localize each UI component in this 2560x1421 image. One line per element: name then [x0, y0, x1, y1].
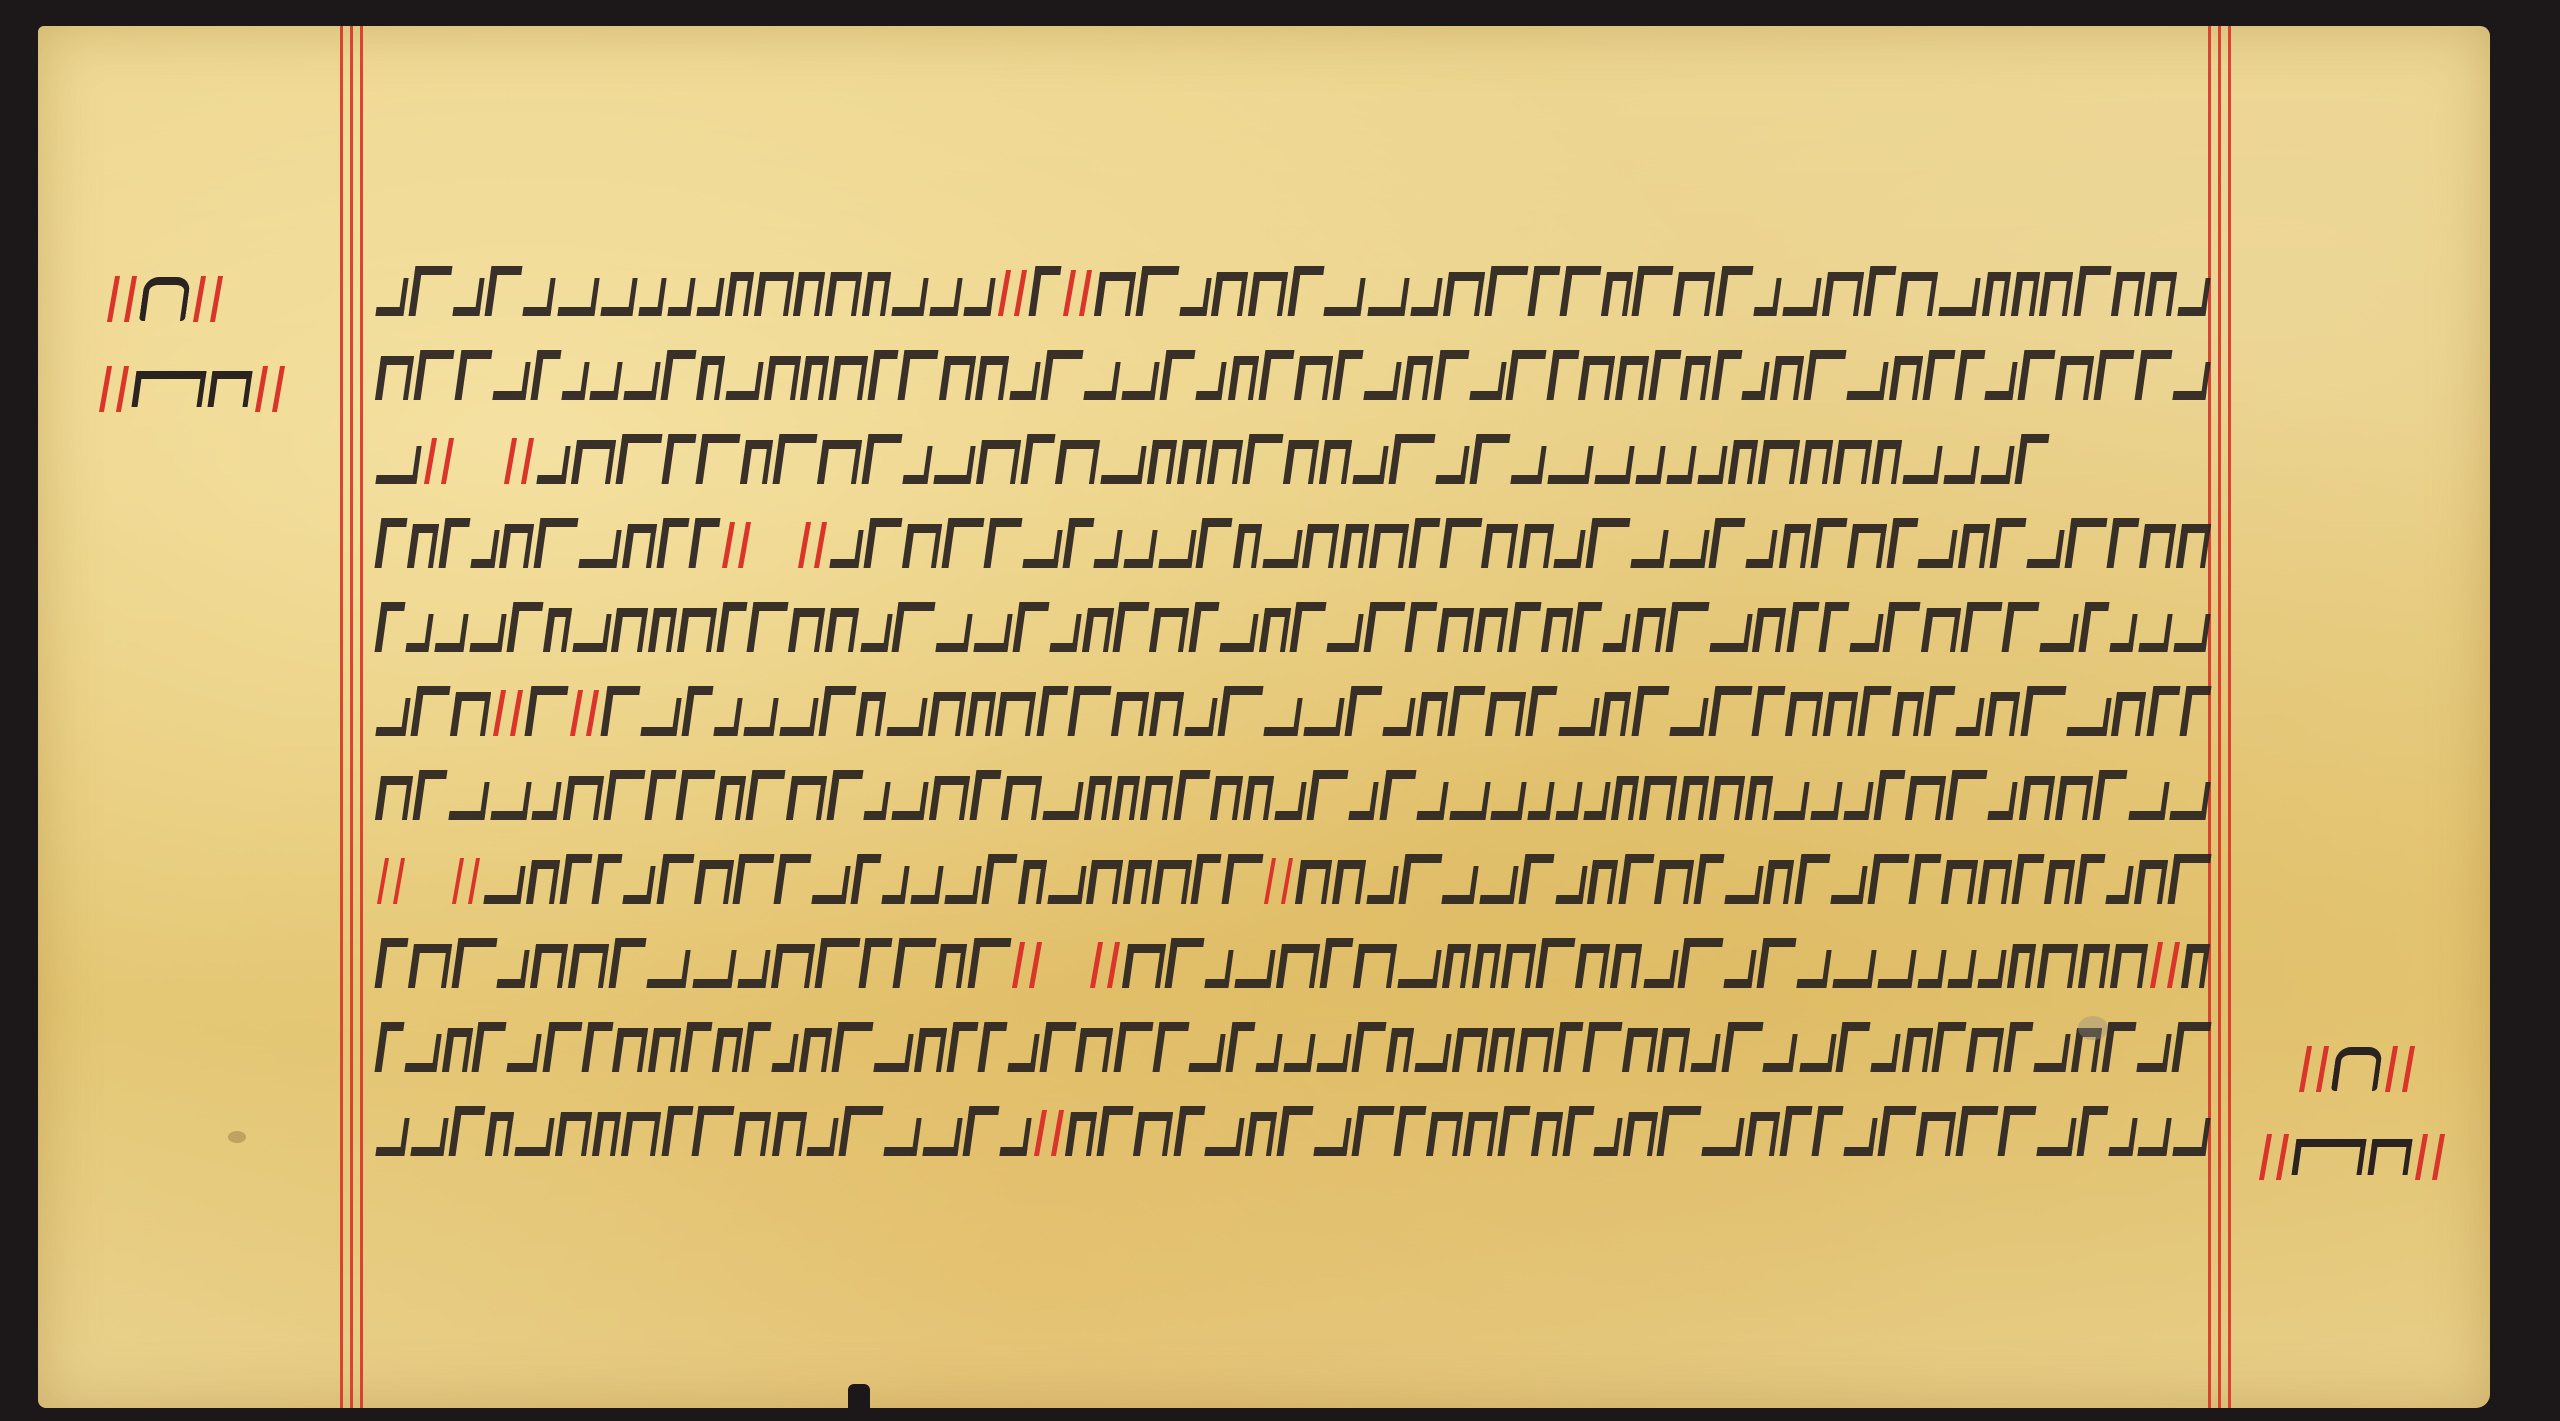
script-glyph [910, 866, 944, 904]
script-glyph [1179, 278, 1211, 316]
script-glyph [1111, 692, 1149, 736]
script-glyph [656, 518, 689, 568]
script-glyph [740, 440, 773, 484]
script-glyph [1433, 350, 1469, 400]
script-glyph [1601, 272, 1633, 316]
script-glyph [1228, 356, 1259, 400]
script-glyph [1274, 782, 1307, 820]
script-glyph [695, 434, 740, 484]
script-glyph [1832, 950, 1877, 988]
red-danda [510, 690, 523, 736]
script-glyph [1770, 356, 1804, 400]
script-glyph [1615, 356, 1649, 400]
script-glyph [667, 278, 695, 316]
script-glyph [829, 530, 863, 568]
script-glyph [1414, 1034, 1451, 1072]
red-danda [1090, 942, 1103, 988]
script-glyph [742, 1022, 772, 1072]
manuscript-leaf [38, 26, 2490, 1408]
script-glyph [1908, 854, 1941, 904]
script-glyph [2134, 350, 2172, 400]
script-glyph [1886, 518, 1918, 568]
red-danda [721, 522, 734, 568]
script-glyph [1818, 602, 1849, 652]
script-glyph [2094, 350, 2135, 400]
script-glyph [2011, 854, 2044, 904]
script-glyph [1055, 440, 1100, 484]
script-glyph [696, 278, 724, 316]
script-glyph [1226, 1022, 1256, 1072]
right-margin-title-mark [2260, 1134, 2444, 1180]
script-glyph [451, 938, 497, 988]
script-glyph [409, 266, 453, 316]
script-glyph [1782, 278, 1821, 316]
script-glyph [1843, 782, 1874, 820]
script-glyph [2106, 866, 2134, 904]
script-glyph [1039, 1022, 1076, 1072]
script-glyph [1262, 530, 1302, 568]
script-glyph [1666, 446, 1696, 484]
script-glyph [862, 272, 891, 316]
script-glyph [1177, 440, 1207, 484]
script-glyph [1437, 608, 1474, 652]
script-glyph [967, 938, 1011, 988]
script-glyph [1864, 266, 1897, 316]
manuscript-line [378, 426, 2208, 484]
script-glyph [1009, 362, 1041, 400]
script-glyph [1435, 446, 1469, 484]
script-glyph [1632, 266, 1674, 316]
script-glyph [1263, 698, 1302, 736]
script-glyph [1709, 776, 1745, 820]
script-glyph [1258, 350, 1294, 400]
script-glyph [1745, 1112, 1780, 1156]
script-glyph [1353, 944, 1397, 988]
red-danda [1034, 1110, 1047, 1156]
script-glyph [1295, 860, 1332, 904]
script-glyph [1810, 518, 1847, 568]
script-glyph [555, 1112, 593, 1156]
script-glyph [929, 776, 970, 820]
ink-stain [228, 1131, 246, 1143]
left-margin-rule [350, 26, 353, 1408]
script-glyph [1259, 608, 1291, 652]
script-glyph [1546, 350, 1579, 400]
script-glyph [648, 608, 677, 652]
script-glyph [725, 272, 754, 316]
script-glyph [590, 362, 623, 400]
script-glyph [725, 362, 764, 400]
script-glyph [1922, 350, 1955, 400]
script-glyph [492, 362, 531, 400]
script-glyph [578, 530, 622, 568]
script-glyph [1799, 1034, 1836, 1072]
script-glyph [1283, 440, 1319, 484]
red-danda [738, 522, 751, 568]
manuscript-line [378, 846, 2208, 904]
script-glyph [774, 854, 812, 904]
red-danda [377, 858, 390, 904]
manuscript-line [378, 678, 2208, 736]
red-danda [424, 438, 437, 484]
script-glyph [1905, 776, 1946, 820]
script-glyph [1243, 776, 1274, 820]
script-glyph [507, 1034, 543, 1072]
script-glyph [1333, 350, 1364, 400]
script-glyph [1603, 614, 1631, 652]
script-glyph [1693, 854, 1724, 904]
script-glyph [829, 356, 868, 400]
script-glyph [532, 782, 563, 820]
script-glyph [2173, 614, 2210, 652]
script-glyph [1742, 362, 1770, 400]
script-glyph [1191, 854, 1222, 904]
script-glyph [448, 1106, 485, 1156]
right-margin-rule [2228, 26, 2231, 1408]
script-glyph [1405, 602, 1438, 652]
script-glyph [1491, 782, 1527, 820]
script-glyph [454, 350, 492, 400]
script-glyph [661, 434, 696, 484]
script-glyph [863, 782, 890, 820]
script-glyph [891, 782, 929, 820]
script-glyph [2055, 776, 2094, 820]
script-glyph [868, 350, 899, 400]
script-glyph [1721, 1022, 1763, 1072]
script-glyph [977, 1022, 1007, 1072]
script-glyph [966, 692, 996, 736]
script-glyph [799, 1028, 832, 1072]
script-glyph [1469, 362, 1506, 400]
script-glyph [2075, 854, 2106, 904]
red-danda [569, 690, 582, 736]
script-glyph [1480, 866, 1519, 904]
script-glyph [1152, 860, 1192, 904]
script-glyph [1715, 266, 1753, 316]
script-glyph [999, 1118, 1032, 1156]
script-glyph [1332, 860, 1366, 904]
script-glyph [832, 1022, 874, 1072]
script-glyph [1812, 1106, 1844, 1156]
script-glyph [1868, 854, 1910, 904]
right-margin-folio-mark [2300, 1046, 2414, 1092]
script-glyph [374, 938, 408, 988]
script-glyph [1121, 944, 1165, 988]
script-glyph [2037, 1118, 2077, 1156]
script-glyph [1843, 1118, 1877, 1156]
script-glyph [1678, 776, 1709, 820]
script-glyph [2020, 686, 2066, 736]
script-glyph [1474, 608, 1508, 652]
red-danda [521, 438, 534, 484]
script-glyph [1319, 938, 1353, 988]
red-danda [441, 438, 454, 484]
script-glyph [1086, 860, 1123, 904]
script-glyph [1763, 1034, 1799, 1072]
script-glyph [2011, 272, 2040, 316]
script-glyph [1485, 692, 1526, 736]
script-glyph [1593, 1118, 1622, 1156]
script-glyph [592, 1112, 621, 1156]
script-glyph [1235, 950, 1276, 988]
script-glyph [1113, 1022, 1153, 1072]
script-glyph [1049, 614, 1081, 652]
script-glyph [375, 698, 410, 736]
script-glyph [807, 1118, 840, 1156]
script-glyph [1998, 1106, 2037, 1156]
script-glyph [469, 614, 506, 652]
script-glyph [1382, 698, 1415, 736]
script-glyph [571, 440, 616, 484]
script-glyph [2108, 1118, 2137, 1156]
script-glyph [1779, 524, 1811, 568]
script-glyph [1303, 698, 1344, 736]
script-glyph [1112, 776, 1140, 820]
script-glyph [861, 434, 902, 484]
script-glyph [772, 434, 817, 484]
script-glyph [515, 1118, 555, 1156]
script-glyph [661, 1106, 693, 1156]
script-glyph [374, 518, 407, 568]
script-glyph [1756, 938, 1796, 988]
script-glyph [1669, 698, 1708, 736]
script-glyph [1723, 950, 1756, 988]
script-glyph [1701, 1118, 1745, 1156]
script-glyph [1547, 446, 1593, 484]
script-glyph [1149, 692, 1184, 736]
script-glyph [1065, 1112, 1097, 1156]
script-glyph [1536, 938, 1576, 988]
script-glyph [1158, 530, 1196, 568]
red-danda [586, 690, 599, 736]
script-glyph [1982, 272, 2011, 316]
script-glyph [1348, 782, 1379, 820]
script-glyph [864, 518, 903, 568]
script-glyph [1796, 950, 1831, 988]
script-glyph [2034, 1034, 2071, 1072]
script-glyph [1978, 860, 2012, 904]
script-glyph [814, 938, 860, 988]
script-glyph [1351, 1106, 1394, 1156]
script-glyph [1956, 698, 1986, 736]
script-glyph [1439, 518, 1482, 568]
script-glyph [1147, 440, 1177, 484]
script-glyph [1648, 350, 1681, 400]
script-glyph [1917, 950, 1946, 988]
script-glyph [1316, 1034, 1352, 1072]
script-glyph [407, 524, 439, 568]
script-glyph [2004, 1022, 2034, 1072]
script-glyph [413, 770, 448, 820]
red-danda [2167, 942, 2180, 988]
script-glyph [1891, 692, 1924, 736]
script-glyph [1140, 776, 1174, 820]
script-glyph [1939, 278, 1982, 316]
script-glyph [1042, 782, 1083, 820]
script-glyph [2018, 350, 2056, 400]
script-glyph [1100, 446, 1146, 484]
script-glyph [1794, 854, 1830, 904]
script-glyph [1506, 350, 1547, 400]
script-glyph [1185, 698, 1218, 736]
script-glyph [448, 782, 489, 820]
script-glyph [764, 356, 801, 400]
script-glyph [2039, 272, 2073, 316]
script-glyph [572, 614, 611, 652]
script-glyph [2172, 362, 2211, 400]
script-glyph [1654, 860, 1694, 904]
script-glyph [375, 776, 414, 820]
script-glyph [1823, 692, 1858, 736]
script-glyph [640, 698, 681, 736]
script-glyph [1452, 1028, 1488, 1072]
script-glyph [374, 602, 405, 652]
script-glyph [1849, 614, 1883, 652]
script-glyph [1630, 530, 1668, 568]
left-margin-folio-mark [108, 276, 222, 322]
script-glyph [928, 692, 966, 736]
script-glyph [1519, 524, 1554, 568]
script-glyph [976, 440, 1021, 484]
left-margin-rule [340, 26, 343, 1408]
script-glyph [817, 440, 862, 484]
script-glyph [754, 272, 794, 316]
script-glyph [995, 692, 1036, 736]
script-glyph [1487, 1028, 1515, 1072]
script-glyph [1988, 782, 2019, 820]
script-glyph [2139, 614, 2173, 652]
script-glyph [2139, 524, 2177, 568]
script-glyph [2039, 614, 2078, 652]
script-glyph [1232, 524, 1261, 568]
script-glyph [1896, 272, 1939, 316]
script-glyph [1501, 944, 1536, 988]
paper-notch [848, 1384, 870, 1412]
script-glyph [1121, 362, 1160, 400]
script-glyph [1745, 776, 1773, 820]
script-glyph [2001, 602, 2039, 652]
script-glyph [522, 278, 556, 316]
script-glyph [1481, 524, 1519, 568]
script-glyph [839, 1106, 884, 1156]
script-glyph [793, 272, 825, 316]
script-glyph [1393, 1106, 1426, 1156]
script-glyph [621, 1112, 661, 1156]
script-glyph [1219, 614, 1258, 652]
script-glyph [970, 770, 1002, 820]
right-margin-rule [2208, 26, 2211, 1408]
script-glyph [1471, 944, 1501, 988]
script-glyph [1594, 446, 1634, 484]
script-glyph [435, 614, 469, 652]
script-glyph [1921, 608, 1961, 652]
script-glyph [374, 1022, 404, 1072]
script-glyph [1097, 1106, 1134, 1156]
script-glyph [524, 686, 568, 736]
script-glyph [1416, 782, 1449, 820]
red-danda [493, 690, 506, 736]
script-glyph [526, 860, 560, 904]
script-glyph [1877, 950, 1916, 988]
script-glyph [1369, 524, 1409, 568]
script-glyph [1746, 530, 1779, 568]
script-glyph [1245, 1112, 1277, 1156]
script-glyph [1618, 854, 1654, 904]
script-glyph [1084, 362, 1121, 400]
script-glyph [733, 854, 775, 904]
script-glyph [1367, 866, 1399, 904]
script-glyph [1290, 602, 1327, 652]
script-glyph [1173, 770, 1210, 820]
script-glyph [1773, 782, 1809, 820]
script-glyph [2110, 944, 2148, 988]
script-glyph [982, 854, 1018, 904]
script-glyph [1541, 608, 1573, 652]
script-glyph [2014, 434, 2049, 484]
script-glyph [2019, 776, 2055, 820]
script-glyph [892, 602, 936, 652]
script-glyph [1977, 950, 2006, 988]
red-danda [1107, 942, 1120, 988]
script-glyph [1508, 602, 1541, 652]
script-glyph [1831, 866, 1868, 904]
script-glyph [439, 518, 471, 568]
script-glyph [1306, 770, 1348, 820]
script-glyph [410, 1118, 448, 1156]
script-glyph [442, 1028, 473, 1072]
script-glyph [611, 608, 648, 652]
script-glyph [694, 860, 734, 904]
script-glyph [1397, 950, 1442, 988]
script-glyph [1527, 266, 1560, 316]
red-danda [1029, 942, 1042, 988]
script-glyph [856, 692, 886, 736]
script-glyph [688, 518, 720, 568]
red-danda [452, 858, 465, 904]
script-glyph [1160, 350, 1196, 400]
script-glyph [1313, 1118, 1351, 1156]
red-danda [798, 522, 811, 568]
script-glyph [1386, 1028, 1414, 1072]
script-glyph [1036, 686, 1068, 736]
script-glyph [1510, 446, 1546, 484]
script-glyph [411, 686, 451, 736]
script-glyph [696, 356, 725, 400]
script-glyph [675, 770, 715, 820]
script-glyph [2111, 692, 2146, 736]
script-glyph [692, 1106, 735, 1156]
script-glyph [1094, 272, 1137, 316]
script-glyph [561, 362, 589, 400]
script-glyph [2128, 782, 2169, 820]
script-glyph [600, 278, 637, 316]
script-glyph [581, 1022, 613, 1072]
script-glyph [929, 278, 963, 316]
script-glyph [873, 1034, 914, 1072]
script-glyph [1498, 1106, 1531, 1156]
script-glyph [772, 1034, 799, 1072]
script-glyph [1082, 608, 1114, 652]
script-glyph [1018, 860, 1047, 904]
script-glyph [1165, 938, 1205, 988]
script-glyph [506, 602, 543, 652]
script-glyph [1173, 1106, 1205, 1156]
script-glyph [1189, 1034, 1226, 1072]
script-glyph [1610, 944, 1643, 988]
red-danda [468, 858, 481, 904]
script-glyph [1093, 530, 1122, 568]
script-glyph [2066, 698, 2111, 736]
